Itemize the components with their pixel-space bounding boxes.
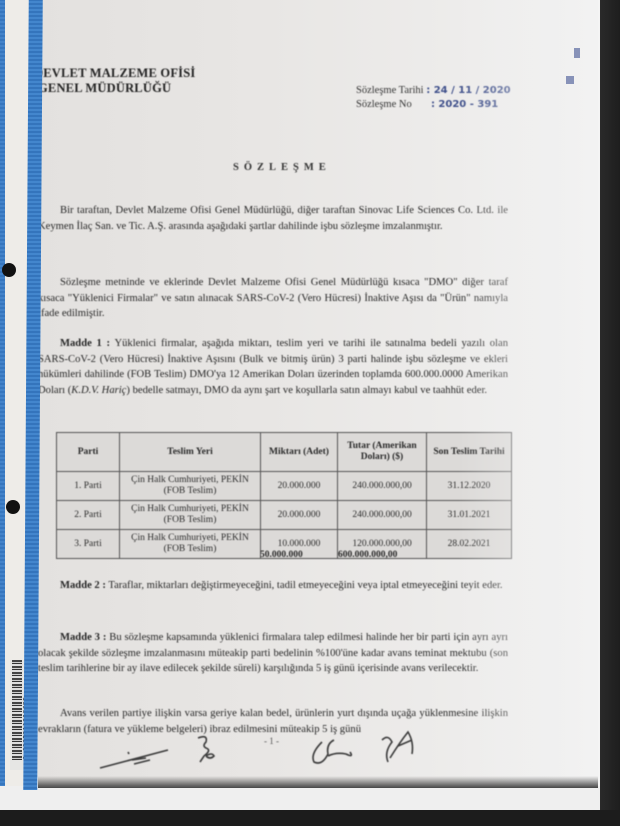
cell-miktar: 20.000.000 (261, 472, 338, 501)
document-title: SÖZLEŞME (233, 162, 331, 173)
article-3-label: Madde 3 : (60, 632, 106, 643)
col-miktar: Miktarı (Adet) (261, 433, 338, 472)
cell-parti: 2. Parti (57, 501, 120, 530)
article-2-label: Madde 2 : (60, 580, 106, 591)
cell-tutar: 240.000.000,00 (338, 472, 427, 501)
cell-teslim-yeri: Çin Halk Cumhuriyeti, PEKİN(FOB Teslim) (120, 530, 261, 559)
cell-tutar: 240.000.000,00 (338, 501, 427, 530)
table-surface-bottom (0, 810, 620, 826)
table-row: 2. Parti Çin Halk Cumhuriyeti, PEKİN(FOB… (57, 501, 512, 530)
right-edge-mark (574, 48, 580, 58)
signature-4 (378, 728, 428, 768)
barcode-bars (12, 660, 22, 760)
cell-teslim-yeri: Çin Halk Cumhuriyeti, PEKİN(FOB Teslim) (120, 501, 261, 530)
punch-hole (2, 263, 16, 277)
article-2-text: Taraflar, miktarları değiştirmeyeceğini,… (108, 580, 502, 591)
article-1-label: Madde 1 : (60, 338, 110, 349)
cell-teslim-yeri-line1: Çin Halk Cumhuriyeti, PEKİN (124, 504, 256, 515)
article-3-text: Bu sözleşme kapsamında yüklenici firmala… (38, 632, 508, 674)
cell-teslim-yeri-line2: (FOB Teslim) (124, 515, 256, 526)
signature-3 (306, 736, 362, 768)
table-header-row: Parti Teslim Yeri Miktarı (Adet) Tutar (… (57, 433, 512, 472)
signature-1 (98, 742, 178, 772)
article-1-text-end: ) bedelle satmayı, DMO da aynı şart ve k… (126, 385, 487, 396)
page-number: - 1 - (264, 736, 279, 746)
sheet-bottom-edge (0, 786, 600, 810)
signature-2 (192, 734, 222, 764)
article-1-vat-note: K.D.V. Hariç (71, 385, 126, 396)
cell-teslim-yeri-line2: (FOB Teslim) (124, 486, 256, 497)
intro-paragraph: Bir taraftan, Devlet Malzeme Ofisi Genel… (38, 203, 508, 234)
article-2: Madde 2 : Taraflar, miktarları değiştirm… (38, 578, 508, 594)
cell-tarih: 31.01.2021 (427, 501, 512, 530)
contract-number-label: Sözleşme No (356, 99, 412, 110)
contract-number-row: Sözleşme No : 2020 - 391 (356, 98, 511, 112)
punch-hole (6, 500, 20, 514)
cell-parti: 3. Parti (57, 530, 120, 559)
organization-header: DEVLET MALZEME OFİSİ GENEL MÜDÜRLÜĞÜ (38, 66, 195, 96)
contract-date-value: : 24 / 11 / 2020 (426, 85, 510, 96)
table-surface (600, 0, 620, 826)
contract-date-row: Sözleşme Tarihi : 24 / 11 / 2020 (356, 84, 511, 98)
binder-spiral-left (0, 0, 5, 786)
col-teslim-yeri: Teslim Yeri (120, 433, 261, 472)
contract-page: DEVLET MALZEME OFİSİ GENEL MÜDÜRLÜĞÜ Söz… (38, 0, 598, 786)
contract-number-value: : 2020 - 391 (431, 99, 498, 110)
contract-meta: Sözleşme Tarihi : 24 / 11 / 2020 Sözleşm… (356, 84, 511, 112)
cell-miktar: 20.000.000 (261, 501, 338, 530)
cell-parti: 1. Parti (57, 472, 120, 501)
page-bottom-shadow (38, 776, 598, 788)
definitions-paragraph: Sözleşme metninde ve eklerinde Devlet Ma… (38, 275, 508, 322)
cell-tarih: 31.12.2020 (427, 472, 512, 501)
cell-teslim-yeri: Çin Halk Cumhuriyeti, PEKİN(FOB Teslim) (120, 472, 261, 501)
table-row: 1. Parti Çin Halk Cumhuriyeti, PEKİN(FOB… (57, 472, 512, 501)
col-tutar: Tutar (Amerikan Doları) ($) (338, 433, 427, 472)
col-parti: Parti (57, 433, 120, 472)
cell-teslim-yeri-line1: Çin Halk Cumhuriyeti, PEKİN (124, 475, 256, 486)
col-son-teslim: Son Teslim Tarihi (427, 433, 512, 472)
cell-tarih: 28.02.2021 (427, 530, 512, 559)
article-3: Madde 3 : Bu sözleşme kapsamında yükleni… (38, 630, 508, 677)
delivery-table: Parti Teslim Yeri Miktarı (Adet) Tutar (… (56, 432, 512, 559)
org-line-1: DEVLET MALZEME OFİSİ (38, 66, 195, 81)
cell-teslim-yeri-line1: Çin Halk Cumhuriyeti, PEKİN (124, 533, 256, 544)
right-edge-mark (566, 76, 574, 84)
total-quantity: 50.000.000 (260, 550, 303, 560)
org-line-2: GENEL MÜDÜRLÜĞÜ (38, 81, 195, 96)
contract-date-label: Sözleşme Tarihi (356, 85, 424, 96)
cell-teslim-yeri-line2: (FOB Teslim) (124, 544, 256, 555)
article-1: Madde 1 : Yüklenici firmalar, aşağıda mi… (38, 336, 508, 398)
advance-paragraph: Avans verilen partiye ilişkin varsa geri… (38, 706, 508, 737)
total-amount: 600.000.000,00 (338, 550, 397, 560)
